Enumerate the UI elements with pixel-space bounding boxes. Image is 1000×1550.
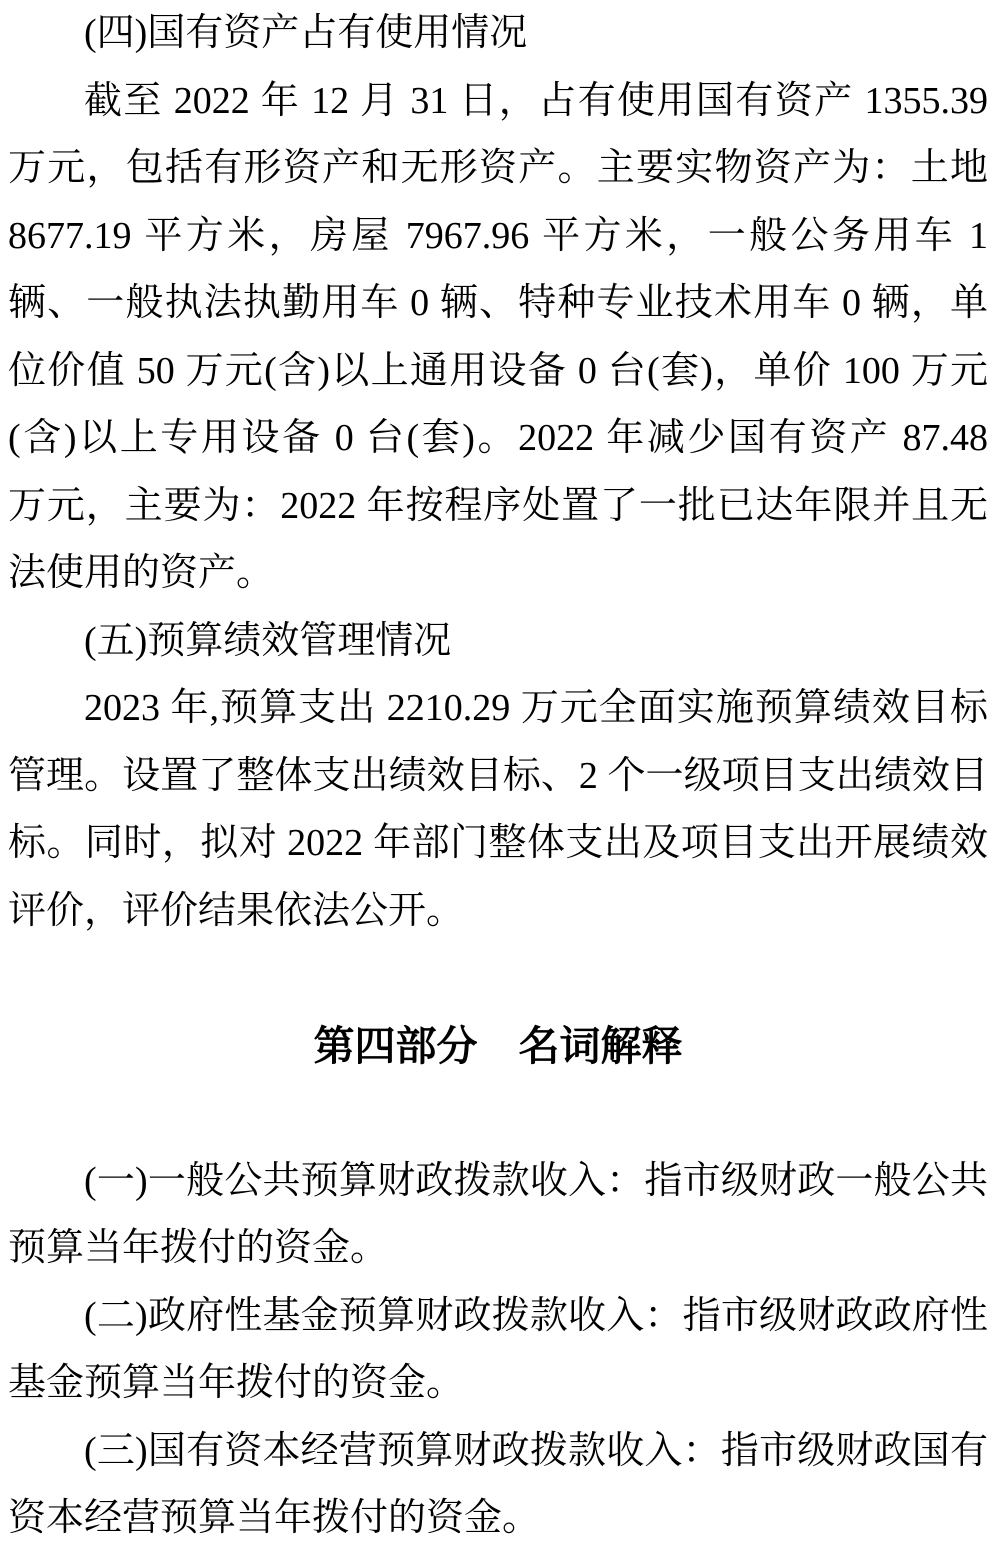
term-1-line-1: (一)一般公共预算财政拨款收入：指市级财政一般公共 — [8, 1148, 988, 1216]
state-assets-line-5: 位价值 50 万元(含)以上通用设备 0 台(套)，单价 100 万元 — [8, 338, 988, 406]
budget-performance-line-4: 评价，评价结果依法公开。 — [8, 878, 988, 946]
term-2-line-2: 基金预算当年拨付的资金。 — [8, 1350, 988, 1418]
state-assets-line-2: 万元，包括有形资产和无形资产。主要实物资产为：土地 — [8, 135, 988, 203]
budget-performance-title: (五)预算绩效管理情况 — [8, 608, 988, 676]
state-assets-line-4: 辆、一般执法执勤用车 0 辆、特种专业技术用车 0 辆，单 — [8, 270, 988, 338]
budget-performance-line-3: 标。同时，拟对 2022 年部门整体支出及项目支出开展绩效 — [8, 810, 988, 878]
budget-performance-line-2: 管理。设置了整体支出绩效目标、2 个一级项目支出绩效目 — [8, 743, 988, 811]
document-page: (四)国有资产占有使用情况 截至 2022 年 12 月 31 日，占有使用国有… — [0, 0, 1000, 1550]
state-assets-line-6: (含)以上专用设备 0 台(套)。2022 年减少国有资产 87.48 — [8, 405, 988, 473]
term-2-line-1: (二)政府性基金预算财政拨款收入：指市级财政政府性 — [8, 1283, 988, 1351]
state-assets-line-8: 法使用的资产。 — [8, 540, 988, 608]
state-assets-line-3: 8677.19 平方米，房屋 7967.96 平方米，一般公务用车 1 — [8, 203, 988, 271]
term-3-line-1: (三)国有资本经营预算财政拨款收入：指市级财政国有 — [8, 1418, 988, 1486]
state-assets-line-7: 万元，主要为：2022 年按程序处置了一批已达年限并且无 — [8, 473, 988, 541]
state-assets-title: (四)国有资产占有使用情况 — [8, 0, 988, 68]
state-assets-line-1: 截至 2022 年 12 月 31 日，占有使用国有资产 1355.39 — [8, 68, 988, 136]
blank-line — [8, 945, 988, 1013]
term-3-line-2: 资本经营预算当年拨付的资金。 — [8, 1485, 988, 1550]
part4-heading: 第四部分 名词解释 — [8, 1013, 988, 1081]
term-1-line-2: 预算当年拨付的资金。 — [8, 1215, 988, 1283]
blank-line — [8, 1080, 988, 1148]
budget-performance-line-1: 2023 年,预算支出 2210.29 万元全面实施预算绩效目标 — [8, 675, 988, 743]
